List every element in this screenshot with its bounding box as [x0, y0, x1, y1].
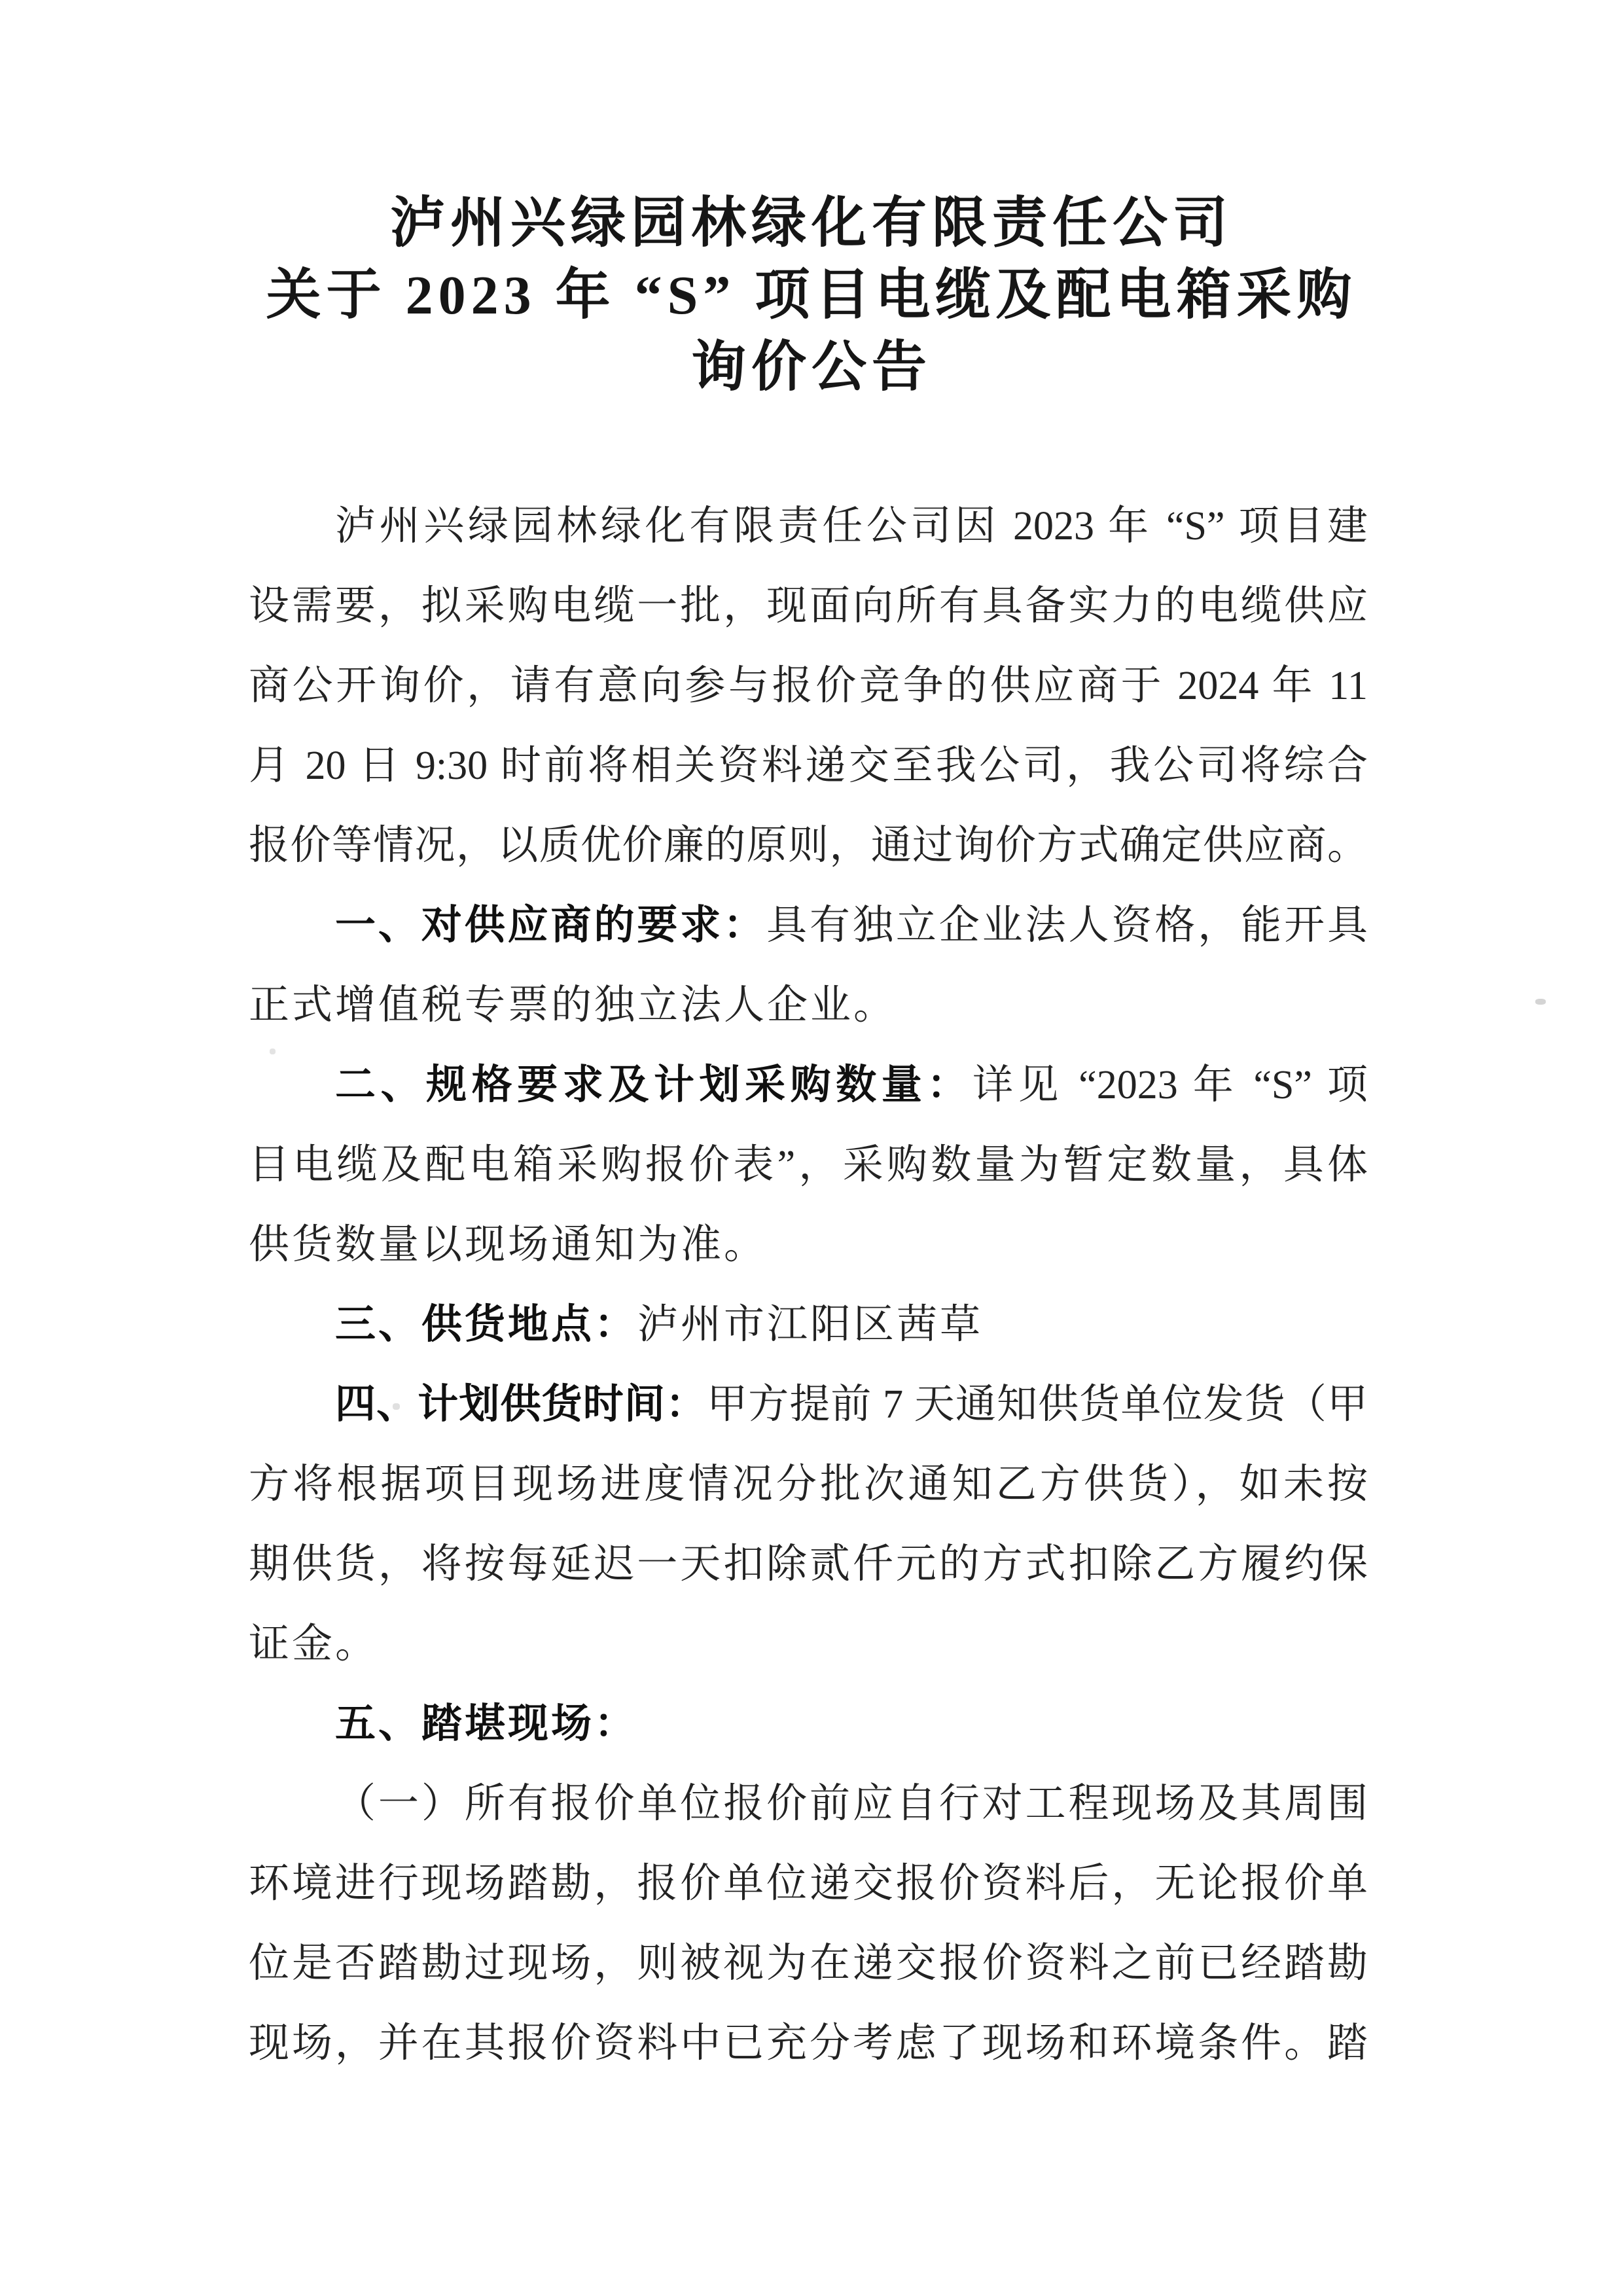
body-line: 证金。 [249, 1604, 1368, 1684]
body-line: 月 20 日 9:30 时前将相关资料递交至我公司，我公司将综合 [249, 726, 1368, 806]
body-line: 设需要，拟采购电缆一批，现面向所有具备实力的电缆供应 [249, 566, 1368, 646]
body-text: 甲方提前 7 天通知供货单位发货（甲 [707, 1382, 1368, 1427]
body-line: 方将根据项目现场进度情况分批次通知乙方供货），如未按 [249, 1444, 1368, 1524]
body-line: 泸州兴绿园林绿化有限责任公司因 2023 年 “S” 项目建 [249, 486, 1368, 566]
document-body: 泸州兴绿园林绿化有限责任公司因 2023 年 “S” 项目建 设需要，拟采购电缆… [249, 486, 1368, 2083]
section-heading: 五、踏堪现场： [335, 1701, 637, 1746]
body-text: 目电缆及配电箱采购报价表”，采购数量为暂定数量，具体 [249, 1143, 1368, 1187]
body-line: （一）所有报价单位报价前应自行对工程现场及其周围 [249, 1764, 1368, 1844]
body-text: 泸州市江阳区茜草 [637, 1302, 983, 1347]
body-text: 位是否踏勘过现场，则被视为在递交报价资料之前已经踏勘 [249, 1941, 1368, 1986]
document-title: 泸州兴绿园林绿化有限责任公司 关于 2023 年 “S” 项目电缆及配电箱采购 … [0, 188, 1623, 404]
body-text: 供货数量以现场通知为准。 [249, 1223, 767, 1267]
body-text: 泸州兴绿园林绿化有限责任公司因 2023 年 “S” 项目建 [335, 504, 1368, 548]
body-text: （一）所有报价单位报价前应自行对工程现场及其周围 [335, 1782, 1368, 1826]
body-text: 环境进行现场踏勘，报价单位递交报价资料后，无论报价单 [249, 1861, 1368, 1906]
body-text: 现场，并在其报价资料中已充分考虑了现场和环境条件。踏 [249, 2021, 1368, 2066]
body-line-section-2: 二、规格要求及计划采购数量：详见 “2023 年 “S” 项 [249, 1045, 1368, 1125]
body-line-section-3: 三、供货地点：泸州市江阳区茜草 [249, 1285, 1368, 1365]
body-text: 正式增值税专票的独立法人企业。 [249, 983, 897, 1028]
scan-artifact [393, 1403, 400, 1410]
title-line-3: 询价公告 [0, 332, 1623, 404]
body-line: 供货数量以现场通知为准。 [249, 1205, 1368, 1285]
body-text: 期供货，将按每延迟一天扣除贰仟元的方式扣除乙方履约保 [249, 1542, 1368, 1587]
section-heading: 三、供货地点： [335, 1302, 637, 1347]
body-line: 报价等情况，以质优价廉的原则，通过询价方式确定供应商。 [249, 806, 1368, 886]
body-text: 方将根据项目现场进度情况分批次通知乙方供货），如未按 [249, 1462, 1368, 1507]
body-text: 证金。 [249, 1622, 378, 1666]
scan-artifact [1535, 999, 1546, 1005]
body-line: 商公开询价，请有意向参与报价竞争的供应商于 2024 年 11 [249, 646, 1368, 726]
body-line: 现场，并在其报价资料中已充分考虑了现场和环境条件。踏 [249, 2003, 1368, 2083]
body-text: 详见 “2023 年 “S” 项 [972, 1063, 1368, 1107]
body-line-section-5: 五、踏堪现场： [249, 1684, 1368, 1764]
title-line-1: 泸州兴绿园林绿化有限责任公司 [0, 188, 1623, 260]
scan-artifact [270, 1049, 276, 1054]
section-heading: 一、对供应商的要求： [335, 903, 766, 948]
title-line-2: 关于 2023 年 “S” 项目电缆及配电箱采购 [0, 260, 1623, 332]
body-text: 月 20 日 9:30 时前将相关资料递交至我公司，我公司将综合 [249, 744, 1368, 788]
body-line: 正式增值税专票的独立法人企业。 [249, 965, 1368, 1045]
body-text: 设需要，拟采购电缆一批，现面向所有具备实力的电缆供应 [249, 584, 1368, 628]
body-line: 位是否踏勘过现场，则被视为在递交报价资料之前已经踏勘 [249, 1924, 1368, 2003]
section-heading: 四、计划供货时间： [335, 1382, 707, 1427]
body-line-section-1: 一、对供应商的要求：具有独立企业法人资格，能开具 [249, 886, 1368, 965]
body-line-section-4: 四、计划供货时间：甲方提前 7 天通知供货单位发货（甲 [249, 1365, 1368, 1444]
body-line: 期供货，将按每延迟一天扣除贰仟元的方式扣除乙方履约保 [249, 1524, 1368, 1604]
body-text: 报价等情况，以质优价廉的原则，通过询价方式确定供应商。 [249, 823, 1368, 868]
body-text: 具有独立企业法人资格，能开具 [766, 903, 1368, 948]
section-heading: 二、规格要求及计划采购数量： [335, 1062, 972, 1107]
body-line: 环境进行现场踏勘，报价单位递交报价资料后，无论报价单 [249, 1844, 1368, 1924]
document-page: 泸州兴绿园林绿化有限责任公司 关于 2023 年 “S” 项目电缆及配电箱采购 … [0, 0, 1623, 2296]
body-line: 目电缆及配电箱采购报价表”，采购数量为暂定数量，具体 [249, 1125, 1368, 1205]
body-text: 商公开询价，请有意向参与报价竞争的供应商于 2024 年 11 [249, 664, 1368, 708]
